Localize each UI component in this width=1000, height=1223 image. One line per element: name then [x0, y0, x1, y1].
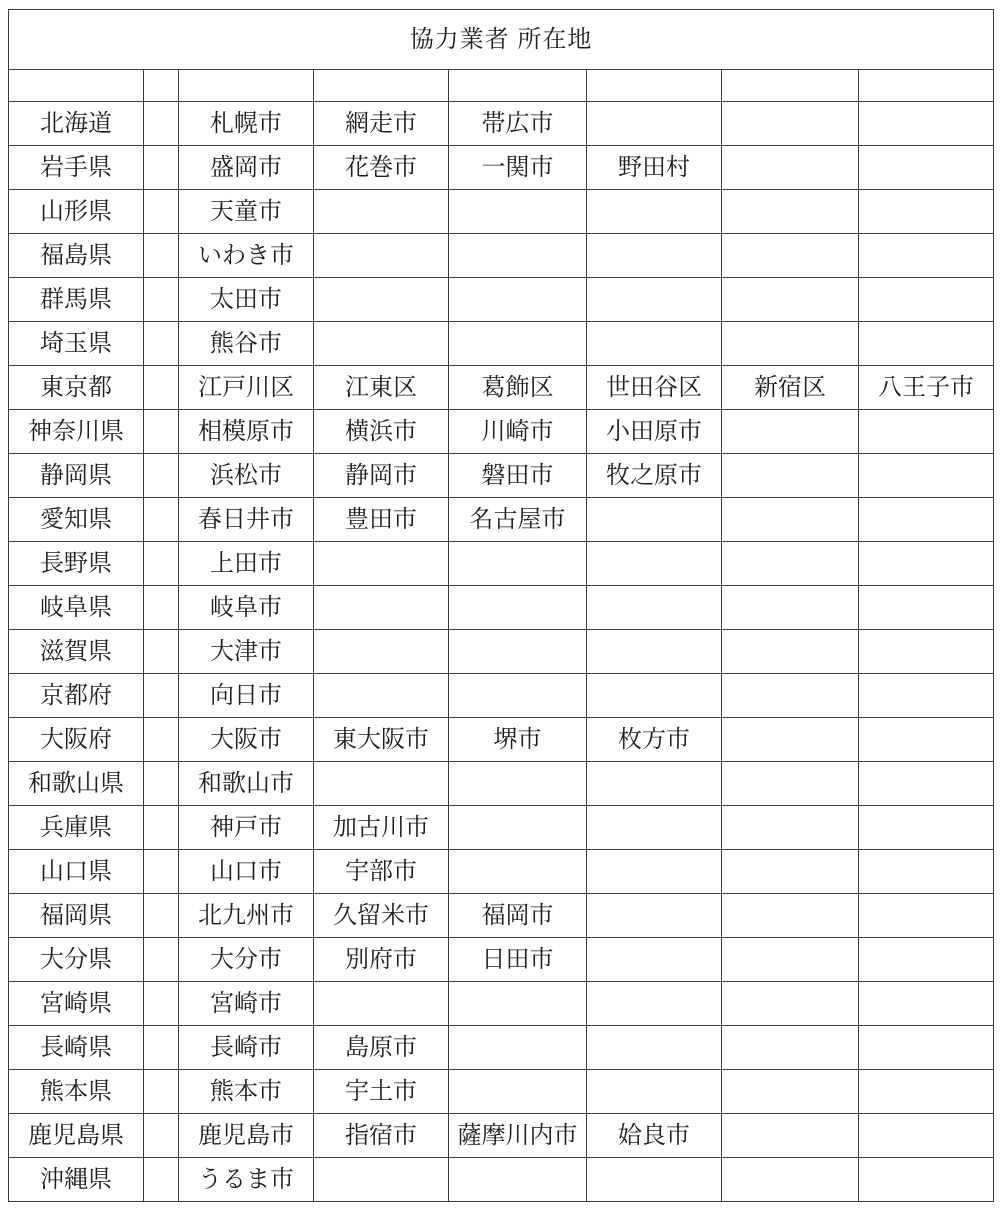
table-row: 福岡県北九州市久留米市福岡市 — [9, 894, 994, 938]
prefecture-cell: 静岡県 — [9, 454, 144, 498]
city-cell — [449, 278, 587, 322]
table-row: 京都府向日市 — [9, 674, 994, 718]
prefecture-cell: 滋賀県 — [9, 630, 144, 674]
city-cell — [859, 1070, 994, 1114]
city-cell: 島原市 — [314, 1026, 449, 1070]
city-cell — [587, 850, 722, 894]
city-cell: 春日井市 — [179, 498, 314, 542]
prefecture-cell: 岩手県 — [9, 146, 144, 190]
spacer-cell — [144, 190, 179, 234]
city-cell: 岐阜市 — [179, 586, 314, 630]
city-cell — [859, 850, 994, 894]
city-cell — [449, 586, 587, 630]
city-cell — [587, 806, 722, 850]
city-cell — [859, 938, 994, 982]
city-cell: 大分市 — [179, 938, 314, 982]
city-cell — [314, 762, 449, 806]
city-cell: 名古屋市 — [449, 498, 587, 542]
header-cell-spacer — [144, 70, 179, 102]
spacer-cell — [144, 102, 179, 146]
city-cell — [859, 982, 994, 1026]
city-cell: 静岡市 — [314, 454, 449, 498]
city-cell: 小田原市 — [587, 410, 722, 454]
city-cell: 江東区 — [314, 366, 449, 410]
city-cell: 向日市 — [179, 674, 314, 718]
table-row: 長崎県長崎市島原市 — [9, 1026, 994, 1070]
table-row: 和歌山県和歌山市 — [9, 762, 994, 806]
spacer-cell — [144, 762, 179, 806]
city-cell — [859, 1158, 994, 1202]
city-cell: 和歌山市 — [179, 762, 314, 806]
table-title: 協力業者 所在地 — [9, 10, 994, 70]
table-row: 大分県大分市別府市日田市 — [9, 938, 994, 982]
table-row: 鹿児島県鹿児島市指宿市薩摩川内市姶良市 — [9, 1114, 994, 1158]
city-cell — [722, 1026, 859, 1070]
spacer-cell — [144, 234, 179, 278]
city-cell: 上田市 — [179, 542, 314, 586]
city-cell — [314, 322, 449, 366]
spacer-cell — [144, 1070, 179, 1114]
city-cell: 豊田市 — [314, 498, 449, 542]
city-cell — [859, 102, 994, 146]
city-cell: 日田市 — [449, 938, 587, 982]
prefecture-cell: 群馬県 — [9, 278, 144, 322]
table-row: 熊本県熊本市宇土市 — [9, 1070, 994, 1114]
city-cell — [587, 278, 722, 322]
city-cell: うるま市 — [179, 1158, 314, 1202]
city-cell: 横浜市 — [314, 410, 449, 454]
city-cell — [859, 498, 994, 542]
city-cell: 盛岡市 — [179, 146, 314, 190]
city-cell — [587, 102, 722, 146]
city-cell — [587, 982, 722, 1026]
table-row: 静岡県浜松市静岡市磐田市牧之原市 — [9, 454, 994, 498]
prefecture-cell: 沖縄県 — [9, 1158, 144, 1202]
city-cell — [722, 1114, 859, 1158]
city-cell — [722, 1070, 859, 1114]
spacer-cell — [144, 982, 179, 1026]
table-header-row — [9, 70, 994, 102]
city-cell — [449, 674, 587, 718]
spacer-cell — [144, 674, 179, 718]
city-cell: 加古川市 — [314, 806, 449, 850]
city-cell: 指宿市 — [314, 1114, 449, 1158]
spacer-cell — [144, 806, 179, 850]
spacer-cell — [144, 146, 179, 190]
city-cell: 新宿区 — [722, 366, 859, 410]
city-cell — [859, 894, 994, 938]
city-cell — [449, 806, 587, 850]
city-cell — [449, 1158, 587, 1202]
city-cell: 堺市 — [449, 718, 587, 762]
page: 協力業者 所在地 北海道札幌市網走市帯広市岩手県盛岡市花巻市一関市野田村山形県天… — [0, 0, 1000, 1223]
city-cell — [722, 938, 859, 982]
city-cell — [314, 278, 449, 322]
table-row: 沖縄県うるま市 — [9, 1158, 994, 1202]
spacer-cell — [144, 454, 179, 498]
table-row: 愛知県春日井市豊田市名古屋市 — [9, 498, 994, 542]
header-cell-city — [587, 70, 722, 102]
city-cell: 枚方市 — [587, 718, 722, 762]
city-cell: 葛飾区 — [449, 366, 587, 410]
city-cell — [314, 674, 449, 718]
spacer-cell — [144, 938, 179, 982]
city-cell: 一関市 — [449, 146, 587, 190]
city-cell — [314, 630, 449, 674]
city-cell: 野田村 — [587, 146, 722, 190]
city-cell — [587, 762, 722, 806]
city-cell — [859, 630, 994, 674]
spacer-cell — [144, 850, 179, 894]
partner-location-table: 協力業者 所在地 北海道札幌市網走市帯広市岩手県盛岡市花巻市一関市野田村山形県天… — [8, 9, 994, 1202]
city-cell — [587, 938, 722, 982]
header-cell-city — [722, 70, 859, 102]
city-cell: 大阪市 — [179, 718, 314, 762]
prefecture-cell: 東京都 — [9, 366, 144, 410]
city-cell: 神戸市 — [179, 806, 314, 850]
city-cell: 薩摩川内市 — [449, 1114, 587, 1158]
table-row: 山口県山口市宇部市 — [9, 850, 994, 894]
city-cell: 熊谷市 — [179, 322, 314, 366]
city-cell: 長崎市 — [179, 1026, 314, 1070]
city-cell: 浜松市 — [179, 454, 314, 498]
city-cell — [587, 1158, 722, 1202]
prefecture-cell: 神奈川県 — [9, 410, 144, 454]
city-cell — [449, 1070, 587, 1114]
table-row: 福島県いわき市 — [9, 234, 994, 278]
city-cell — [449, 322, 587, 366]
city-cell — [722, 718, 859, 762]
city-cell: 帯広市 — [449, 102, 587, 146]
city-cell — [722, 542, 859, 586]
table-row: 岐阜県岐阜市 — [9, 586, 994, 630]
city-cell — [722, 322, 859, 366]
prefecture-cell: 北海道 — [9, 102, 144, 146]
city-cell — [859, 674, 994, 718]
city-cell — [449, 762, 587, 806]
city-cell: 北九州市 — [179, 894, 314, 938]
city-cell — [859, 762, 994, 806]
city-cell — [587, 542, 722, 586]
city-cell — [722, 498, 859, 542]
spacer-cell — [144, 322, 179, 366]
city-cell: 天童市 — [179, 190, 314, 234]
city-cell: 山口市 — [179, 850, 314, 894]
city-cell — [859, 1114, 994, 1158]
city-cell — [449, 190, 587, 234]
city-cell: 熊本市 — [179, 1070, 314, 1114]
spacer-cell — [144, 278, 179, 322]
table-row: 山形県天童市 — [9, 190, 994, 234]
prefecture-cell: 山形県 — [9, 190, 144, 234]
city-cell — [722, 630, 859, 674]
city-cell — [587, 1070, 722, 1114]
city-cell: いわき市 — [179, 234, 314, 278]
spacer-cell — [144, 366, 179, 410]
city-cell — [722, 102, 859, 146]
city-cell — [314, 190, 449, 234]
city-cell — [859, 146, 994, 190]
city-cell: 宇部市 — [314, 850, 449, 894]
city-cell: 宮崎市 — [179, 982, 314, 1026]
city-cell — [859, 586, 994, 630]
city-cell — [859, 410, 994, 454]
prefecture-cell: 山口県 — [9, 850, 144, 894]
city-cell — [859, 234, 994, 278]
city-cell: 東大阪市 — [314, 718, 449, 762]
prefecture-cell: 長野県 — [9, 542, 144, 586]
city-cell: 大津市 — [179, 630, 314, 674]
header-cell-prefecture — [9, 70, 144, 102]
city-cell — [722, 762, 859, 806]
city-cell: 太田市 — [179, 278, 314, 322]
table-row: 宮崎県宮崎市 — [9, 982, 994, 1026]
city-cell — [859, 454, 994, 498]
city-cell: 相模原市 — [179, 410, 314, 454]
prefecture-cell: 鹿児島県 — [9, 1114, 144, 1158]
city-cell — [722, 278, 859, 322]
city-cell — [587, 586, 722, 630]
table-row: 東京都江戸川区江東区葛飾区世田谷区新宿区八王子市 — [9, 366, 994, 410]
spacer-cell — [144, 1158, 179, 1202]
prefecture-cell: 京都府 — [9, 674, 144, 718]
city-cell — [587, 630, 722, 674]
prefecture-cell: 兵庫県 — [9, 806, 144, 850]
city-cell — [587, 894, 722, 938]
city-cell: 網走市 — [314, 102, 449, 146]
city-cell — [859, 806, 994, 850]
city-cell — [722, 146, 859, 190]
header-cell-city — [314, 70, 449, 102]
city-cell: 札幌市 — [179, 102, 314, 146]
city-cell — [859, 190, 994, 234]
header-cell-city — [859, 70, 994, 102]
city-cell — [314, 1158, 449, 1202]
city-cell — [587, 234, 722, 278]
table-row: 群馬県太田市 — [9, 278, 994, 322]
prefecture-cell: 和歌山県 — [9, 762, 144, 806]
city-cell — [722, 234, 859, 278]
city-cell: 花巻市 — [314, 146, 449, 190]
city-cell — [859, 322, 994, 366]
city-cell: 牧之原市 — [587, 454, 722, 498]
city-cell — [587, 190, 722, 234]
city-cell: 川崎市 — [449, 410, 587, 454]
city-cell: 磐田市 — [449, 454, 587, 498]
city-cell — [587, 322, 722, 366]
spacer-cell — [144, 1026, 179, 1070]
prefecture-cell: 長崎県 — [9, 1026, 144, 1070]
table-row: 大阪府大阪市東大阪市堺市枚方市 — [9, 718, 994, 762]
city-cell — [449, 982, 587, 1026]
city-cell — [859, 1026, 994, 1070]
city-cell: 宇土市 — [314, 1070, 449, 1114]
city-cell — [722, 982, 859, 1026]
city-cell: 世田谷区 — [587, 366, 722, 410]
city-cell — [859, 718, 994, 762]
table-row: 岩手県盛岡市花巻市一関市野田村 — [9, 146, 994, 190]
table-row: 滋賀県大津市 — [9, 630, 994, 674]
spacer-cell — [144, 630, 179, 674]
city-cell: 福岡市 — [449, 894, 587, 938]
table-title-row: 協力業者 所在地 — [9, 10, 994, 70]
city-cell — [449, 630, 587, 674]
prefecture-cell: 岐阜県 — [9, 586, 144, 630]
spacer-cell — [144, 894, 179, 938]
city-cell — [859, 278, 994, 322]
table-row: 北海道札幌市網走市帯広市 — [9, 102, 994, 146]
prefecture-cell: 埼玉県 — [9, 322, 144, 366]
table-row: 神奈川県相模原市横浜市川崎市小田原市 — [9, 410, 994, 454]
city-cell — [722, 586, 859, 630]
spacer-cell — [144, 542, 179, 586]
prefecture-cell: 愛知県 — [9, 498, 144, 542]
prefecture-cell: 福岡県 — [9, 894, 144, 938]
spacer-cell — [144, 410, 179, 454]
city-cell — [587, 674, 722, 718]
city-cell — [587, 1026, 722, 1070]
city-cell — [449, 542, 587, 586]
city-cell — [449, 1026, 587, 1070]
prefecture-cell: 福島県 — [9, 234, 144, 278]
prefecture-cell: 宮崎県 — [9, 982, 144, 1026]
prefecture-cell: 大分県 — [9, 938, 144, 982]
prefecture-cell: 熊本県 — [9, 1070, 144, 1114]
city-cell — [722, 1158, 859, 1202]
prefecture-cell: 大阪府 — [9, 718, 144, 762]
city-cell — [722, 190, 859, 234]
city-cell: 姶良市 — [587, 1114, 722, 1158]
spacer-cell — [144, 1114, 179, 1158]
city-cell — [449, 850, 587, 894]
city-cell — [859, 542, 994, 586]
city-cell — [722, 894, 859, 938]
header-cell-city — [179, 70, 314, 102]
spacer-cell — [144, 586, 179, 630]
city-cell — [314, 234, 449, 278]
city-cell: 久留米市 — [314, 894, 449, 938]
city-cell — [722, 410, 859, 454]
city-cell — [722, 850, 859, 894]
spacer-cell — [144, 498, 179, 542]
city-cell: 鹿児島市 — [179, 1114, 314, 1158]
city-cell — [314, 542, 449, 586]
header-cell-city — [449, 70, 587, 102]
table-row: 埼玉県熊谷市 — [9, 322, 994, 366]
table-row: 兵庫県神戸市加古川市 — [9, 806, 994, 850]
city-cell — [314, 982, 449, 1026]
city-cell — [449, 234, 587, 278]
city-cell — [587, 498, 722, 542]
city-cell: 別府市 — [314, 938, 449, 982]
city-cell — [722, 674, 859, 718]
city-cell: 江戸川区 — [179, 366, 314, 410]
city-cell — [722, 454, 859, 498]
city-cell: 八王子市 — [859, 366, 994, 410]
city-cell — [722, 806, 859, 850]
table-row: 長野県上田市 — [9, 542, 994, 586]
city-cell — [314, 586, 449, 630]
spacer-cell — [144, 718, 179, 762]
